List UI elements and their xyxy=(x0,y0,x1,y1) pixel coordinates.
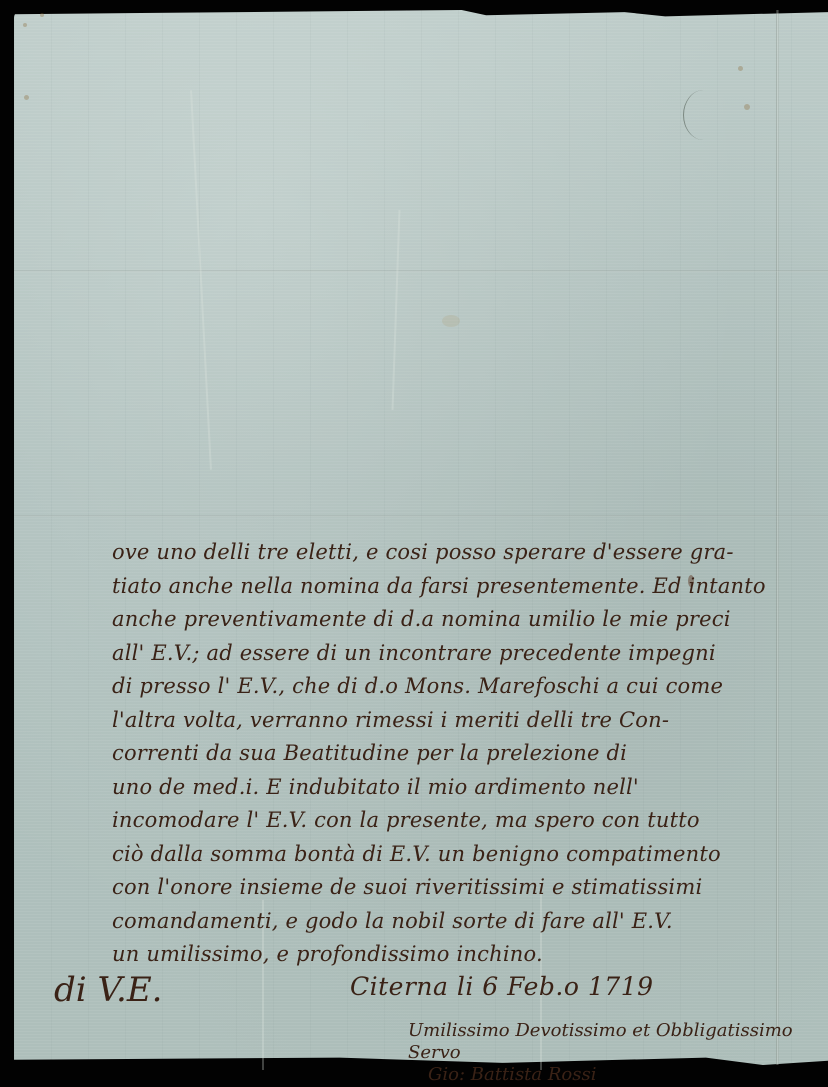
letter-line: con l'onore insieme de suoi riveritissim… xyxy=(112,871,782,905)
letter-line: incomodare l' E.V. con la presente, ma s… xyxy=(112,804,782,838)
letter-line: l'altra volta, verranno rimessi i meriti… xyxy=(112,704,782,738)
signature-block: Umilissimo Devotissimo et Obbligatissimo… xyxy=(408,1020,828,1086)
foxing-spot xyxy=(23,23,27,27)
foxing-spot xyxy=(738,66,743,71)
letter-line: all' E.V.; ad essere di un incontrare pr… xyxy=(112,637,782,671)
letter-line: un umilissimo, e profondissimo inchino. xyxy=(112,938,782,972)
signature-salutation: Umilissimo Devotissimo et Obbligatissimo… xyxy=(408,1020,828,1064)
document-scan: ove uno delli tre eletti, e cosi posso s… xyxy=(0,0,828,1087)
letter-line: uno de med.i. E indubitato il mio ardime… xyxy=(112,771,782,805)
letter-line: anche preventivamente di d.a nomina umil… xyxy=(112,603,782,637)
letter-line: ove uno delli tre eletti, e cosi posso s… xyxy=(112,536,782,570)
horizontal-fold-crease xyxy=(14,270,828,272)
foxing-spot xyxy=(24,95,29,100)
foxing-spot xyxy=(442,315,460,327)
letter-line: correnti da sua Beatitudine per la prele… xyxy=(112,737,782,771)
signature-name: Gio: Battista Rossi xyxy=(408,1064,828,1086)
letter-line: ciò dalla somma bontà di E.V. un benigno… xyxy=(112,838,782,872)
dateline: Citerna li 6 Feb.o 1719 xyxy=(350,972,654,1001)
letter-line: comandamenti, e godo la nobil sorte di f… xyxy=(112,905,782,939)
paper-tear-mark xyxy=(683,90,724,140)
foxing-spot xyxy=(744,104,750,110)
letter-line: tiato anche nella nomina da farsi presen… xyxy=(112,570,782,604)
letter-line: di presso l' E.V., che di d.o Mons. Mare… xyxy=(112,670,782,704)
letter-body: ove uno delli tre eletti, e cosi posso s… xyxy=(112,536,782,972)
closing-abbreviation: di V.E. xyxy=(54,970,163,1010)
horizontal-fold-crease xyxy=(14,515,828,517)
foxing-spot xyxy=(40,13,44,17)
